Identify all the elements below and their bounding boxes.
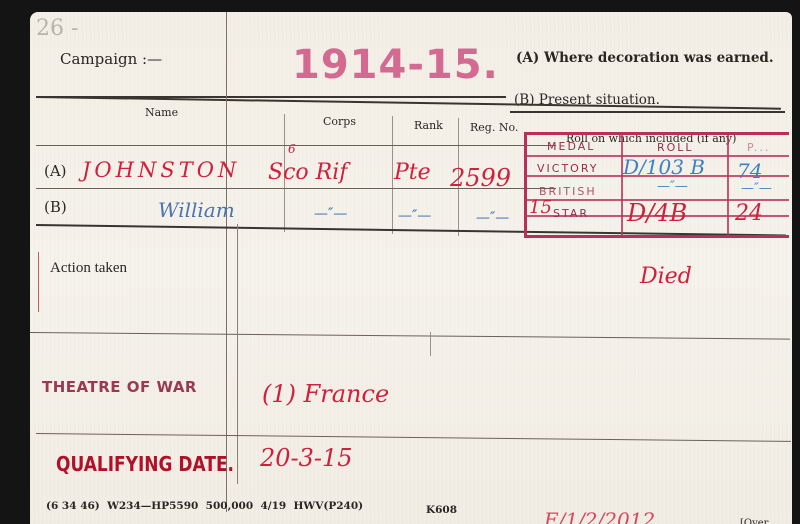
- surname: JOHNSTON: [82, 158, 240, 182]
- medal-star: STAR: [553, 207, 589, 220]
- theatre-value: (1) France: [262, 380, 389, 408]
- qualifying-date-value: 20-3-15: [260, 444, 353, 472]
- column-header-corps: Corps: [323, 115, 356, 128]
- died-note: Died: [640, 264, 692, 289]
- legend-where-earned: (A) Where decoration was earned.: [516, 50, 774, 66]
- reg-no-value: 2599: [450, 164, 511, 192]
- row-divider: [36, 433, 791, 442]
- row-divider: [36, 145, 556, 146]
- column-header-reg-no: Reg. No.: [470, 121, 518, 134]
- star-roll: D/4B: [627, 199, 687, 227]
- battalion-number: 6: [288, 142, 296, 156]
- column-header-name: Name: [145, 106, 178, 119]
- star-prefix: 15: [529, 197, 552, 218]
- row-divider: [30, 332, 790, 340]
- pencil-mark: 26 -: [36, 16, 78, 41]
- column-divider: [226, 12, 227, 512]
- british-roll-ditto: —″—: [657, 179, 688, 194]
- row-a-label: (A): [44, 162, 67, 180]
- column-header-rank: Rank: [414, 119, 443, 132]
- tick-mark: [430, 332, 431, 356]
- campaign-stamp: 1914-15.: [292, 42, 499, 88]
- forename: William: [158, 198, 235, 222]
- qualifying-date-stamp: QUALIFYING DATE.: [56, 452, 234, 476]
- rank-value: Pte: [394, 160, 431, 185]
- form-number: K608: [426, 504, 457, 516]
- roll-header: ROLL: [657, 141, 694, 154]
- divider: [510, 111, 785, 113]
- corps-ditto: —″—: [314, 206, 347, 222]
- british-page-ditto: —″—: [741, 181, 772, 196]
- medal-header: MEDAL: [547, 140, 595, 153]
- star-page: 24: [735, 201, 763, 226]
- medal-index-card: 26 - Campaign :— 1914-15. (A) Where deco…: [30, 12, 792, 524]
- print-code: (6 34 46) W234—HP5590 500,000 4/19 HWV(P…: [46, 500, 363, 512]
- medal-victory: VICTORY: [537, 162, 599, 175]
- over-note: [Over: [740, 518, 768, 524]
- column-divider: [392, 116, 393, 234]
- row-b-label: (B): [44, 198, 67, 216]
- corps-value: Sco Rif: [268, 160, 347, 185]
- medal-roll-stamp: MEDAL ROLL P... VICTORY D/103 B 74 BRITI…: [524, 132, 789, 238]
- victory-page: 74: [737, 159, 762, 183]
- campaign-label: Campaign :—: [60, 50, 162, 68]
- rank-ditto: —″—: [398, 208, 431, 224]
- signature-date: E/1/2/2012: [544, 508, 655, 524]
- column-divider: [237, 224, 238, 484]
- margin-mark: [38, 252, 39, 312]
- victory-roll: D/103 B: [623, 155, 705, 179]
- action-taken-label: Action taken: [50, 260, 127, 277]
- reg-no-ditto: —″—: [476, 210, 509, 226]
- page-header: P...: [747, 141, 770, 154]
- theatre-stamp: THEATRE OF WAR: [42, 378, 197, 396]
